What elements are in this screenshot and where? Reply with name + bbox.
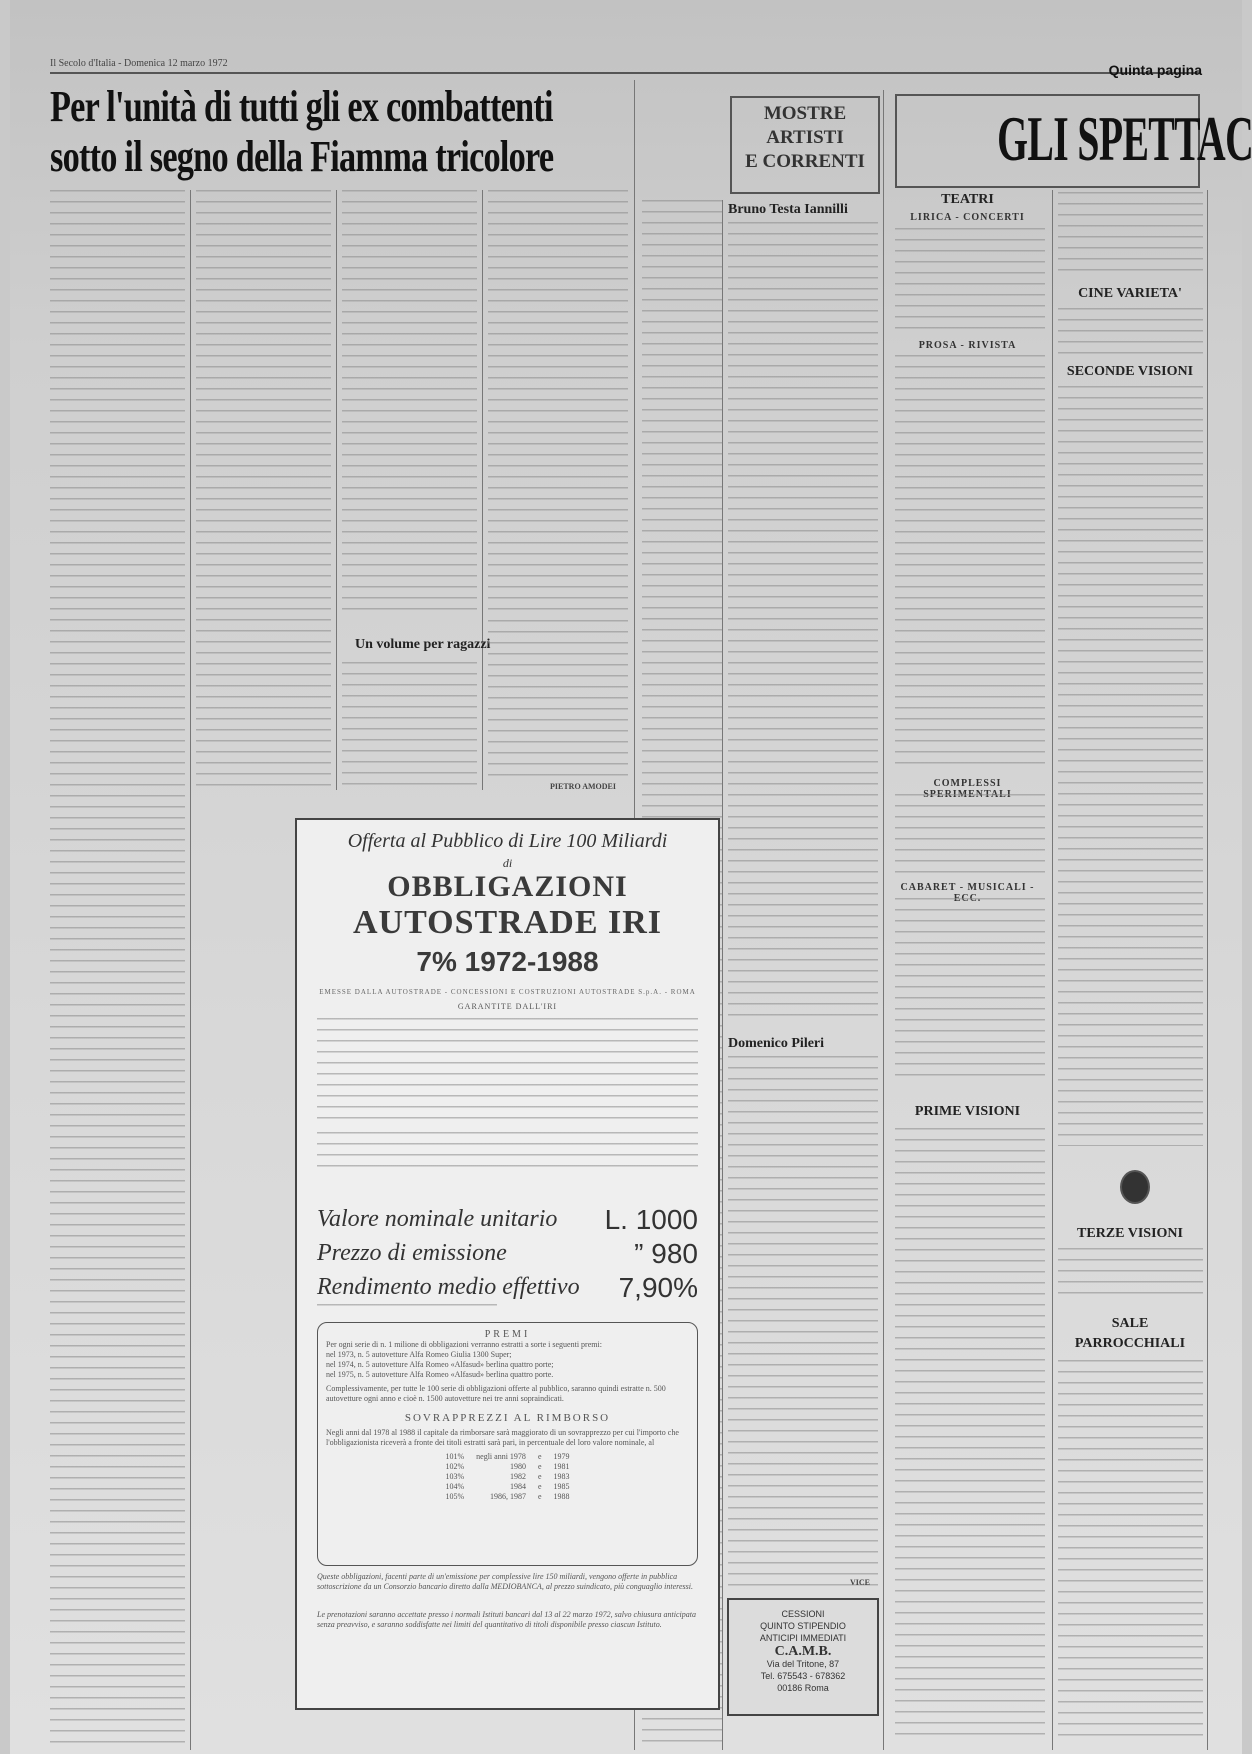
ragazzi-signature: PIETRO AMODEI <box>550 782 616 791</box>
ad-title-1: OBBLIGAZIONI <box>297 870 718 904</box>
ragazzi-article-col-2 <box>488 620 628 780</box>
emblem-icon <box>1120 1170 1150 1204</box>
section-tag: Quinta pagina <box>1109 62 1202 78</box>
ad-value-row: Prezzo di emissione ” 980 <box>317 1238 698 1272</box>
listings-sale-parrocchiali <box>1058 1360 1203 1740</box>
folio: Il Secolo d'Italia - Domenica 12 marzo 1… <box>50 58 228 69</box>
mostre-box: MOSTRE ARTISTI E CORRENTI <box>730 96 880 194</box>
column-rule <box>1207 190 1208 1750</box>
listings-lirica <box>895 228 1045 334</box>
section-heading-teatri: TEATRI <box>890 192 1045 208</box>
mostre-article-title-1: Bruno Testa Iannilli <box>728 202 848 218</box>
newspaper-page: Il Secolo d'Italia - Domenica 12 marzo 1… <box>10 0 1242 1754</box>
header-rule <box>50 72 1200 74</box>
column-rule <box>336 190 337 790</box>
ad-terms-text <box>317 1132 698 1168</box>
section-heading-prosa: PROSA - RIVISTA <box>890 340 1045 351</box>
section-heading-cine-varieta: CINE VARIETA' <box>1055 286 1205 302</box>
mostre-article-2-body <box>728 1056 878 1586</box>
ad-rate-years: 7% 1972-1988 <box>297 946 718 978</box>
column-rule <box>482 190 483 790</box>
ad-di: di <box>297 856 718 871</box>
cessioni-advertisement: CESSIONI QUINTO STIPENDIO ANTICIPI IMMED… <box>727 1598 879 1716</box>
column-rule <box>722 200 723 1750</box>
ad-offer-line: Offerta al Pubblico di Lire 100 Miliardi <box>297 830 718 853</box>
bond-advertisement: Offerta al Pubblico di Lire 100 Miliardi… <box>295 818 720 1710</box>
ad-title-2: AUTOSTRADE IRI <box>297 904 718 942</box>
section-heading-terze-visioni: TERZE VISIONI <box>1055 1226 1205 1242</box>
ad-guarantee: GARANTITE DALL'IRI <box>297 1002 718 1011</box>
lead-article-col-2 <box>196 190 331 795</box>
ad-note <box>317 1304 497 1308</box>
ad-value-row: Valore nominale unitario L. 1000 <box>317 1204 698 1238</box>
lead-headline: Per l'unità di tutti gli ex combattenti … <box>50 82 518 182</box>
listings-terze-visioni <box>1058 1248 1203 1303</box>
mostre-signature: VICE <box>850 1578 870 1587</box>
section-heading-lirica: LIRICA - CONCERTI <box>890 212 1045 223</box>
rimborso-table: 101%negli anni 1978e1979 102%1980e1981 1… <box>439 1452 575 1502</box>
listings-prime-visioni <box>895 1128 1045 1738</box>
lead-article-col-3 <box>342 190 477 610</box>
ad-footer-2: Le prenotazioni saranno accettate presso… <box>317 1610 698 1630</box>
listings-prosa <box>895 355 1045 765</box>
listings-cine-varieta <box>1058 308 1203 360</box>
ad-issuer: EMESSE DALLA AUTOSTRADE - CONCESSIONI E … <box>317 988 698 996</box>
mostre-article-title-2: Domenico Pileri <box>728 1036 824 1052</box>
listings-top-right <box>1058 192 1203 276</box>
column-rule <box>190 190 191 1750</box>
listings-cabaret <box>895 898 1045 1078</box>
lead-article-col-4 <box>488 190 628 610</box>
ad-footer-1: Queste obbligazioni, facenti parte di un… <box>317 1572 698 1592</box>
section-heading-seconde-visioni: SECONDE VISIONI <box>1055 364 1205 380</box>
ad-legal-text <box>317 1018 698 1128</box>
ragazzi-article-title: Un volume per ragazzi <box>355 637 490 653</box>
mostre-article-1-body <box>728 222 878 1022</box>
premi-box: PREMI Per ogni serie di n. 1 milione di … <box>317 1322 698 1566</box>
section-heading-sale-parrocchiali: SALE PARROCCHIALI <box>1055 1314 1205 1354</box>
ad-value-row: Rendimento medio effettivo 7,90% <box>317 1272 698 1306</box>
listings-seconde-visioni <box>1058 386 1203 1146</box>
spettacoli-masthead: GLI SPETTACOLI <box>895 94 1200 188</box>
column-rule <box>1052 190 1053 1750</box>
column-rule <box>883 90 884 1750</box>
section-heading-prime-visioni: PRIME VISIONI <box>890 1104 1045 1120</box>
lead-article-col-1 <box>50 190 185 1750</box>
listings-sperimentali <box>895 794 1045 874</box>
ragazzi-article-col-1 <box>342 662 477 792</box>
